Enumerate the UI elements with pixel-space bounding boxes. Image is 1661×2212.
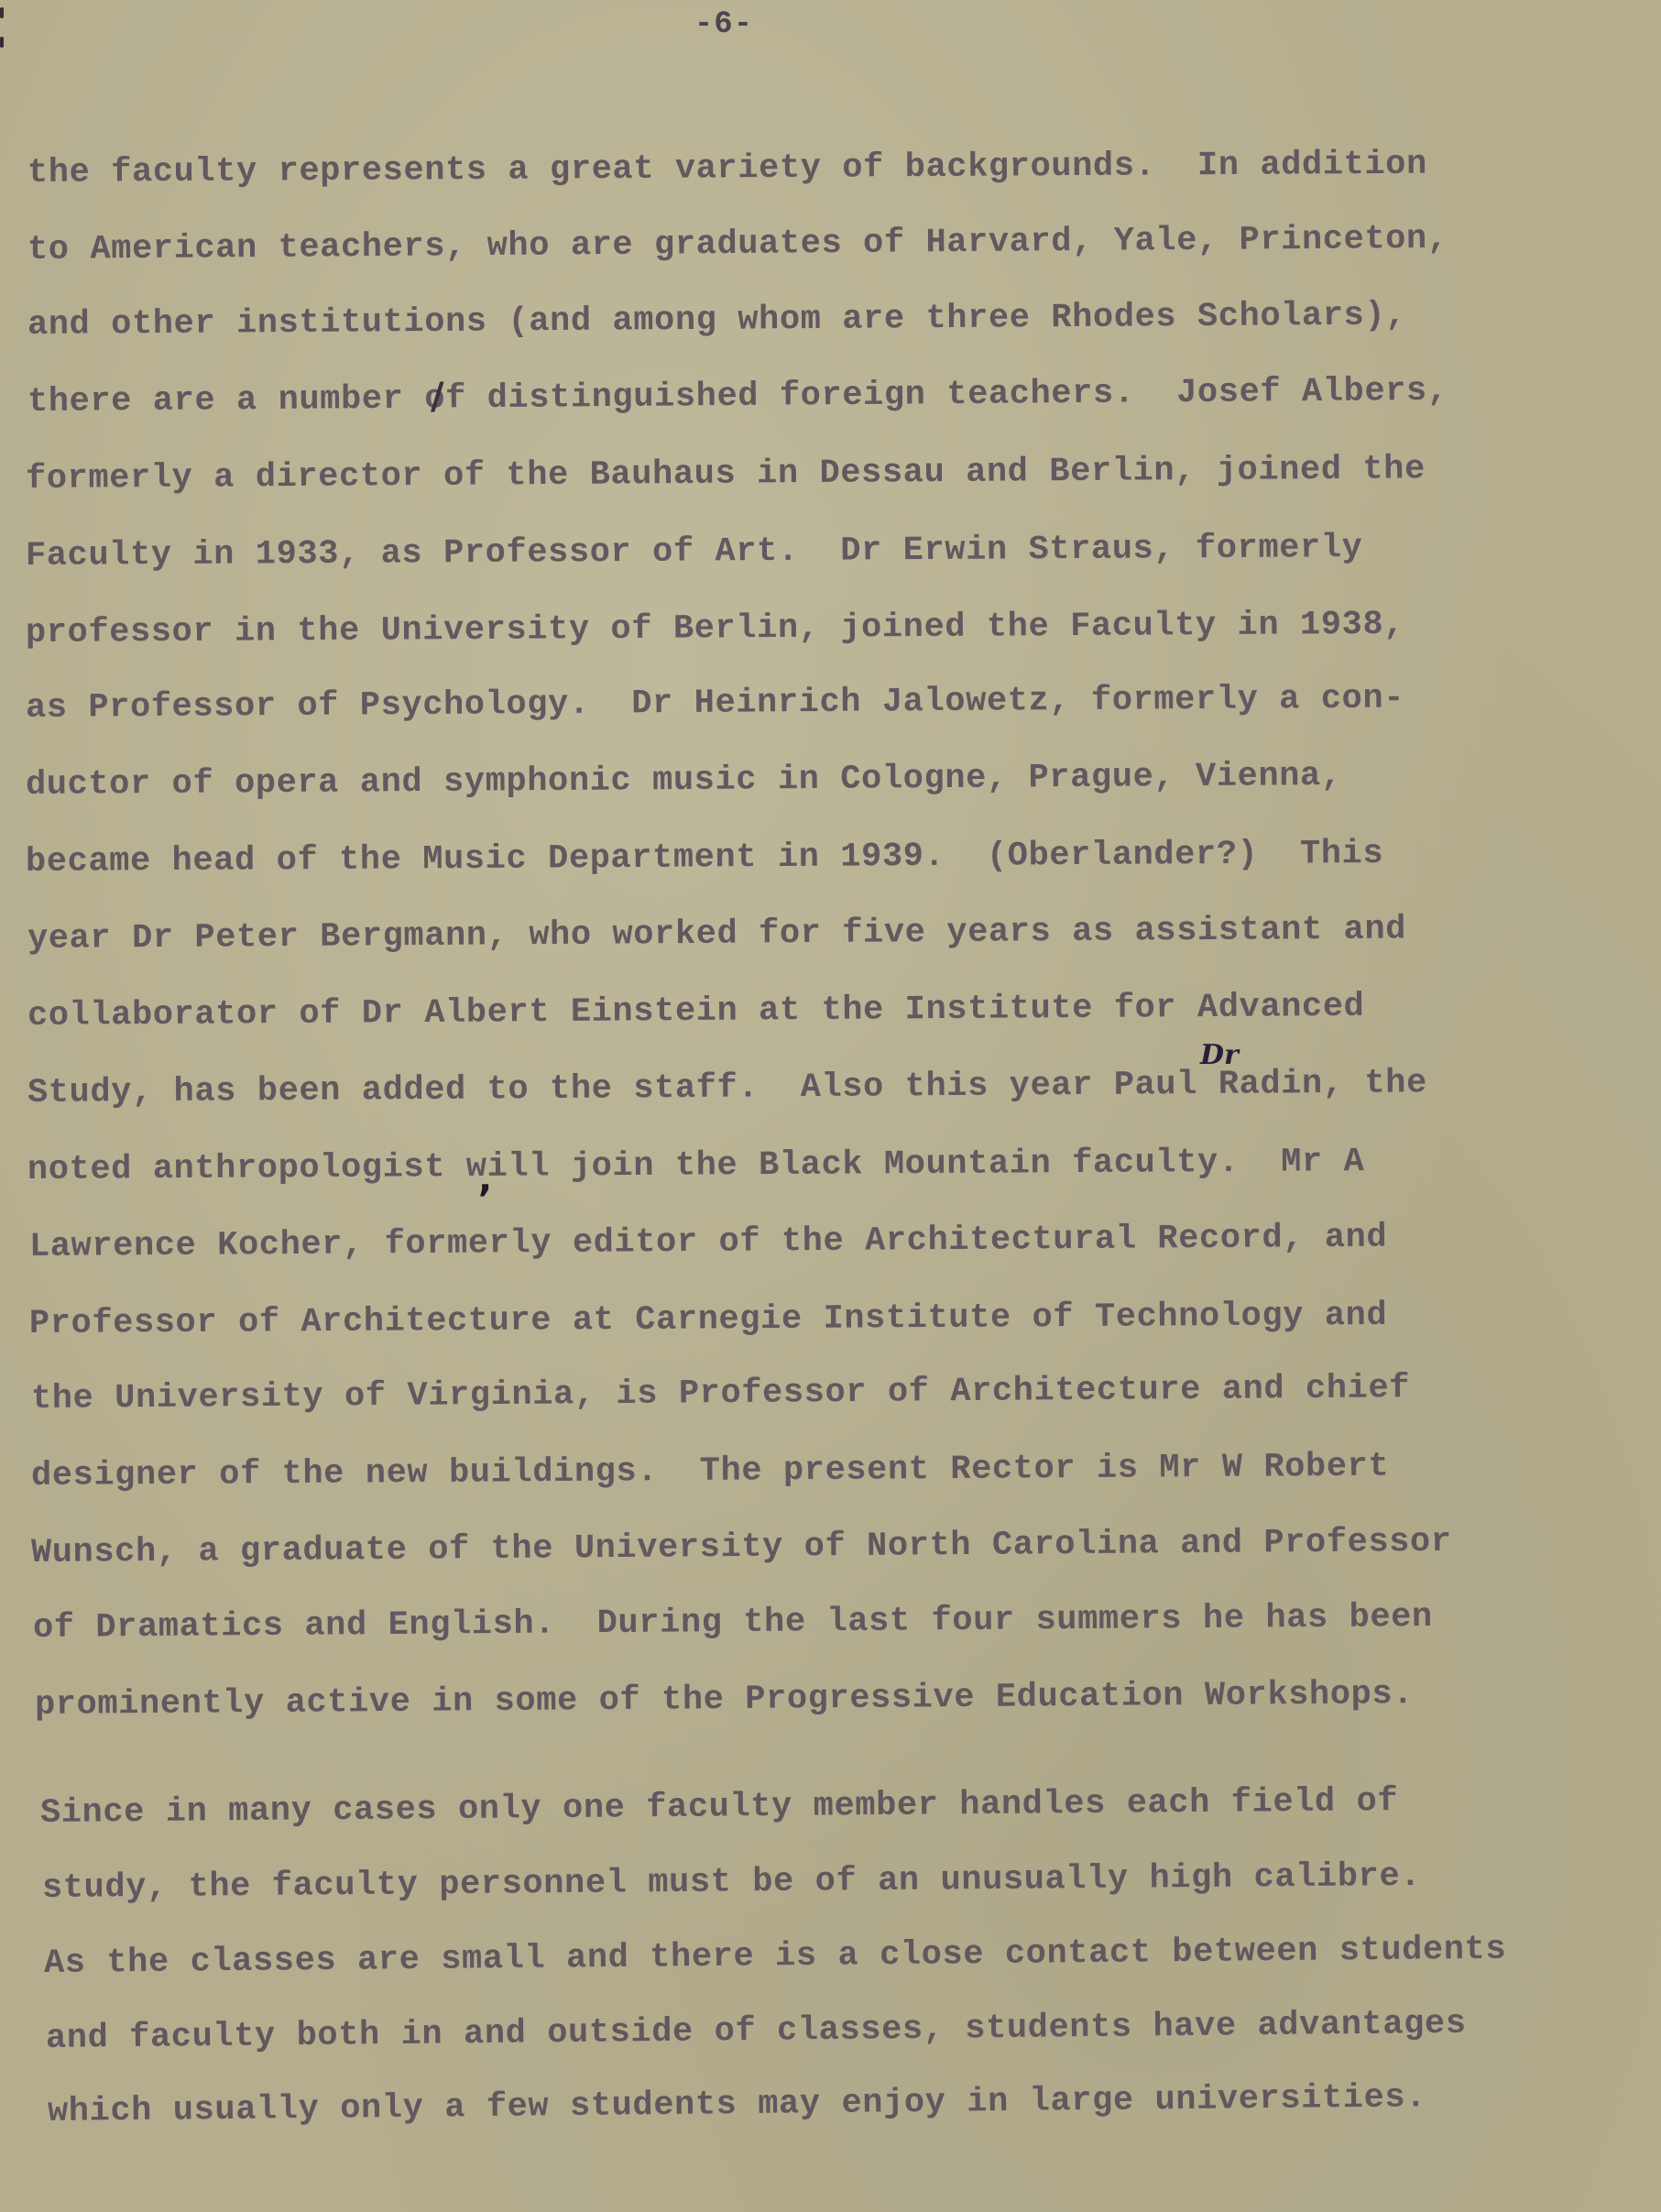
text-line: noted anthropologist will join the Black… [27, 1143, 1365, 1189]
page-number: -6- [678, 7, 770, 42]
text-line: as Professor of Psychology. Dr Heinrich … [26, 679, 1404, 728]
text-line: to American teachers, who are graduates … [27, 220, 1448, 269]
binding-mark-top [0, 7, 4, 18]
handwritten-dr-insert: Dr [1200, 1039, 1239, 1071]
text-line: of Dramatics and English. During the las… [33, 1598, 1433, 1648]
text-line: collaborator of Dr Albert Einstein at th… [27, 988, 1365, 1035]
text-line: the faculty represents a great variety o… [27, 146, 1427, 192]
text-line: professor in the University of Berlin, j… [26, 606, 1404, 652]
text-line: Study, has been added to the staff. Also… [27, 1064, 1427, 1112]
binding-mark-bottom [0, 37, 4, 48]
text-line: formerly a director of the Bauhaus in De… [26, 450, 1426, 498]
text-line: Faculty in 1933, as Professor of Art. Dr… [26, 529, 1363, 575]
text-line: the University of Virginia, is Professor… [31, 1369, 1410, 1418]
text-line: and other institutions (and among whom a… [27, 296, 1406, 345]
text-line: Lawrence Kocher, formerly editor of the … [29, 1219, 1387, 1266]
text-line: there are a number of distinguished fore… [27, 372, 1448, 422]
text-line: As the classes are small and there is a … [44, 1931, 1507, 1983]
handwritten-strike-mark: / [431, 376, 444, 418]
text-line: year Dr Peter Bergmann, who worked for f… [27, 910, 1406, 958]
text-line: ductor of opera and symphonic music in C… [26, 757, 1342, 805]
text-line: which usually only a few students may en… [48, 2078, 1426, 2131]
text-line: Since in many cases only one faculty mem… [40, 1782, 1399, 1833]
text-line: designer of the new buildings. The prese… [31, 1448, 1389, 1495]
handwritten-comma-insert: , [478, 1158, 492, 1200]
text-line: Wunsch, a graduate of the University of … [31, 1523, 1452, 1572]
text-line: Professor of Architecture at Carnegie In… [29, 1297, 1387, 1343]
text-line: study, the faculty personnel must be of … [42, 1857, 1421, 1908]
text-line: prominently active in some of the Progre… [35, 1675, 1414, 1725]
text-line: became head of the Music Department in 1… [26, 835, 1383, 882]
text-line: and faculty both in and outside of class… [46, 2005, 1467, 2058]
